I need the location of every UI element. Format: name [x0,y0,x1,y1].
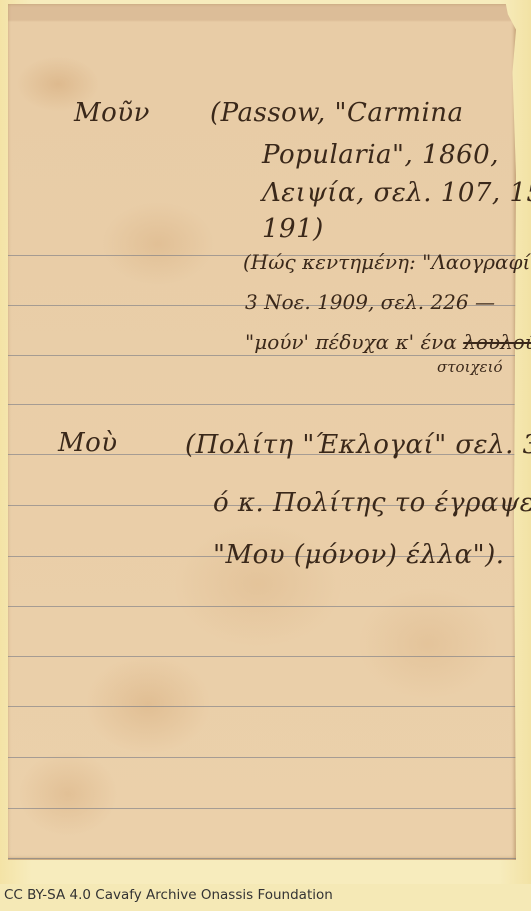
entry2-line2: ό κ. Πολίτης το έγραψε [213,488,531,518]
ruled-line [8,706,516,707]
entry1-note-line2: 3 Νοε. 1909, σελ. 226 — [245,290,495,314]
entry2-line1: (Πολίτη "Έκλογαί" σελ. 35 [185,430,531,460]
ruled-line [8,808,516,809]
license-credit: CC BY-SA 4.0 Cavafy Archive Onassis Foun… [4,887,333,903]
entry2-headword: Μοὺ [58,428,118,458]
ruled-line [8,858,516,859]
ruled-line [8,404,516,405]
ruled-line [8,606,516,607]
entry1-line4: 191) [262,214,324,244]
entry1-note-line1: (Ηώς κεντημένη: "Λαογραφία", [243,250,531,274]
entry1-note-line3: "μούν' πέδυχα κ' ένα λουλούδι") [245,330,531,354]
struck-word: λουλούδι [463,330,531,354]
entry1-note-correction: στοιχειό [437,358,503,376]
entry1-line1: (Passow, "Carmina [210,98,464,128]
ruled-line [8,757,516,758]
ruled-line [8,656,516,657]
ruled-line [8,355,516,356]
entry1-line2: Popularia", 1860, [262,140,499,170]
entry1-headword: Μοῦν [74,98,150,128]
entry1-line3: Λειψία, σελ. 107, 158, [262,178,531,208]
entry2-line3: "Μου (μόνον) έλλα"). [213,540,505,570]
